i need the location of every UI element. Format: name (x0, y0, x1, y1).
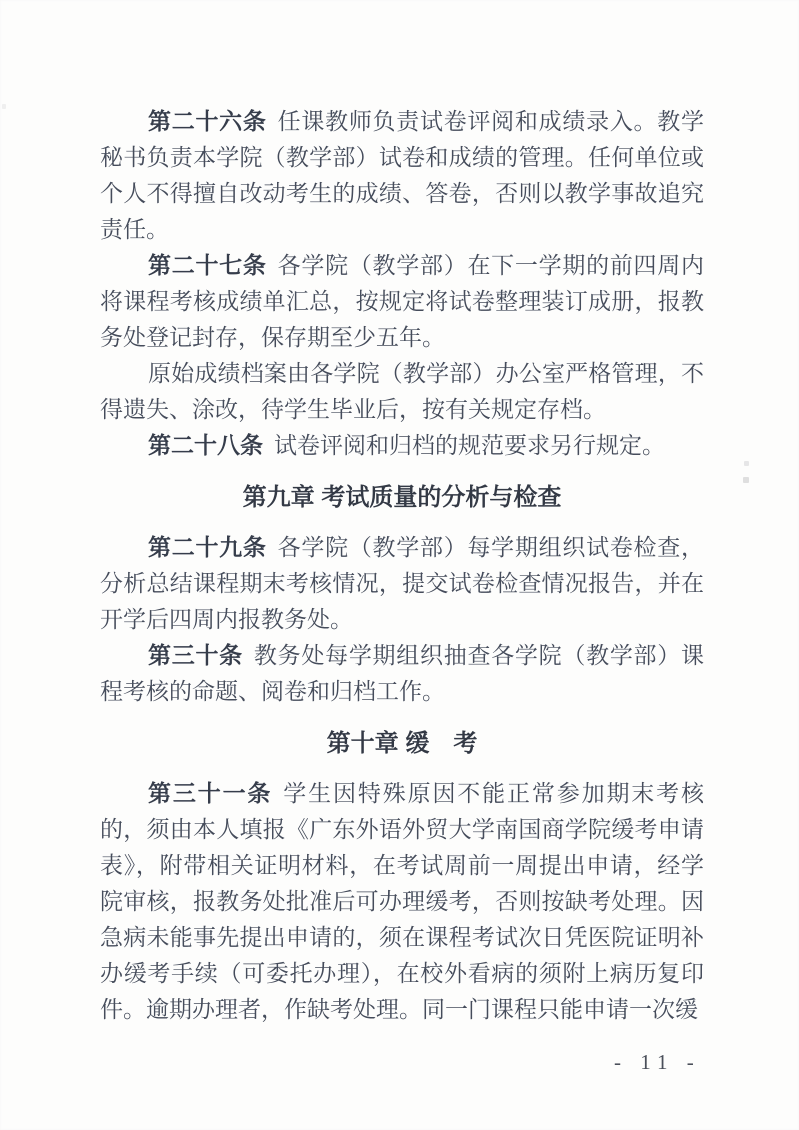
chapter-9-heading: 第九章 考试质量的分析与检查 (100, 480, 704, 516)
article-29-paragraph: 第二十九条各学院（教学部）每学期组织试卷检查，分析总结课程期末考核情况，提交试卷… (100, 530, 704, 638)
scan-speck (744, 461, 749, 466)
article-27-paragraph: 第二十七条各学院（教学部）在下一学期的前四周内将课程考核成绩单汇总，按规定将试卷… (100, 248, 704, 356)
scanned-document-page: 第二十六条任课教师负责试卷评阅和成绩录入。教学秘书负责本学院（教学部）试卷和成绩… (0, 0, 799, 1130)
archive-paragraph: 原始成绩档案由各学院（教学部）办公室严格管理，不得遗失、涂改，待学生毕业后，按有… (100, 356, 704, 428)
scan-speck (2, 104, 6, 109)
article-28-number: 第二十八条 (148, 433, 263, 458)
article-31-number: 第三十一条 (148, 781, 272, 806)
article-31-paragraph: 第三十一条学生因特殊原因不能正常参加期末考核的，须由本人填报《广东外语外贸大学南… (100, 776, 704, 1028)
archive-paragraph-text: 原始成绩档案由各学院（教学部）办公室严格管理，不得遗失、涂改，待学生毕业后，按有… (100, 361, 704, 422)
article-30-paragraph: 第三十条教务处每学期组织抽查各学院（教学部）课程考核的命题、阅卷和归档工作。 (100, 638, 704, 710)
article-26-paragraph: 第二十六条任课教师负责试卷评阅和成绩录入。教学秘书负责本学院（教学部）试卷和成绩… (100, 104, 704, 248)
chapter-10-heading: 第十章 缓 考 (100, 726, 704, 762)
document-body: 第二十六条任课教师负责试卷评阅和成绩录入。教学秘书负责本学院（教学部）试卷和成绩… (100, 104, 704, 1028)
article-31-text: 学生因特殊原因不能正常参加期末考核的，须由本人填报《广东外语外贸大学南国商学院缓… (100, 781, 704, 1022)
page-number: - 11 - (614, 1050, 701, 1075)
article-29-number: 第二十九条 (148, 535, 267, 560)
scan-speck (743, 477, 749, 483)
article-28-paragraph: 第二十八条试卷评阅和归档的规范要求另行规定。 (100, 428, 704, 464)
article-26-number: 第二十六条 (148, 109, 267, 134)
article-28-text: 试卷评阅和归档的规范要求另行规定。 (274, 433, 665, 458)
article-27-number: 第二十七条 (148, 253, 267, 278)
article-30-number: 第三十条 (148, 643, 243, 668)
